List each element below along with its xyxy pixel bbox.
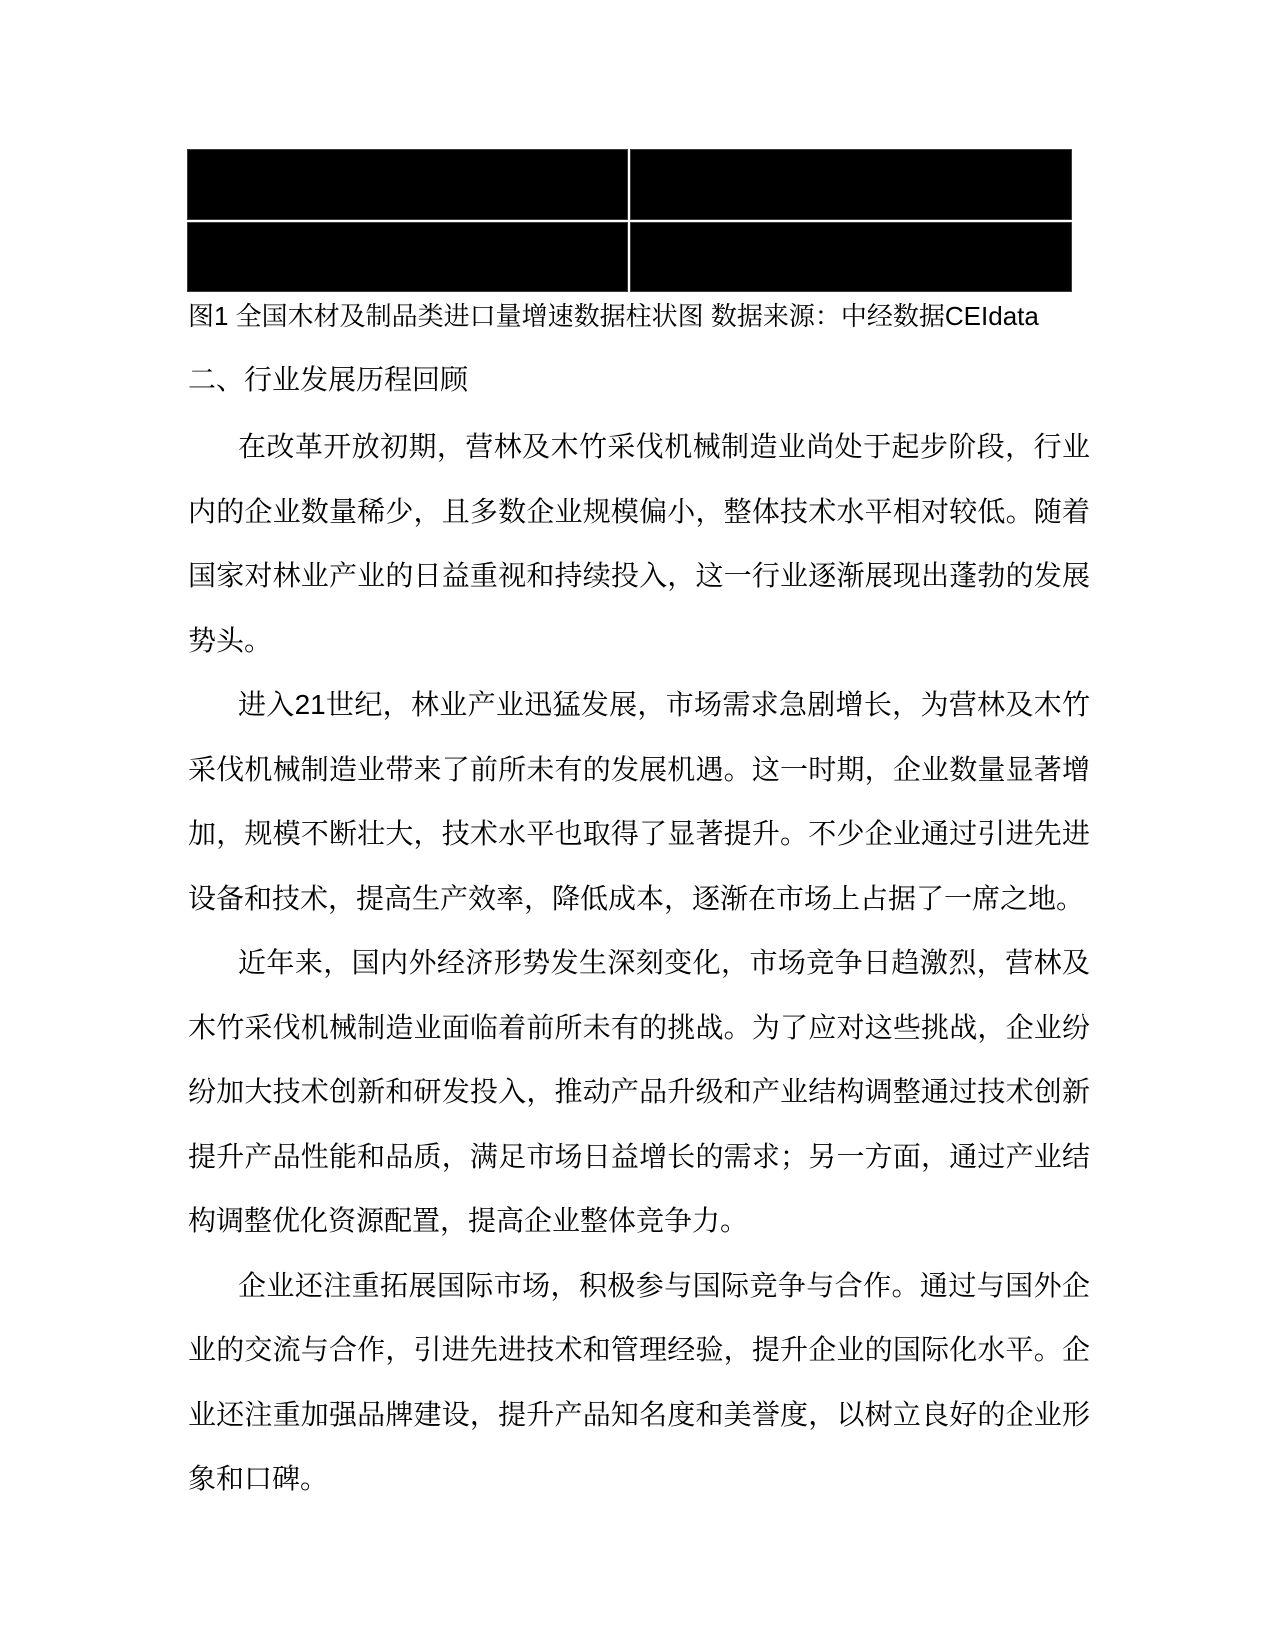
body-text: 在改革开放初期，营林及木竹采伐机械制造业尚处于起步阶段，行业内的企业数量稀少，且…	[188, 415, 1090, 1512]
document-page: 图1 全国木材及制品类进口量增速数据柱状图 数据来源：中经数据CEIdata 二…	[0, 0, 1275, 1650]
chart-image-block-top-right	[631, 150, 1071, 219]
figure-image-grid	[188, 150, 1072, 291]
chart-image-block-top-left	[188, 150, 627, 219]
chart-image-block-bottom-left	[188, 223, 627, 291]
figure-caption: 图1 全国木材及制品类进口量增速数据柱状图 数据来源：中经数据CEIdata	[188, 301, 1108, 331]
section-heading: 二、行业发展历程回顾	[188, 362, 468, 398]
body-paragraph-3: 近年来，国内外经济形势发生深刻变化，市场竞争日趋激烈，营林及木竹采伐机械制造业面…	[188, 931, 1090, 1254]
body-paragraph-4: 企业还注重拓展国际市场，积极参与国际竞争与合作。通过与国外企业的交流与合作，引进…	[188, 1254, 1090, 1512]
chart-image-block-bottom-right	[631, 223, 1071, 291]
body-paragraph-2: 进入21世纪，林业产业迅猛发展，市场需求急剧增长，为营林及木竹采伐机械制造业带来…	[188, 673, 1090, 931]
body-paragraph-1: 在改革开放初期，营林及木竹采伐机械制造业尚处于起步阶段，行业内的企业数量稀少，且…	[188, 415, 1090, 673]
